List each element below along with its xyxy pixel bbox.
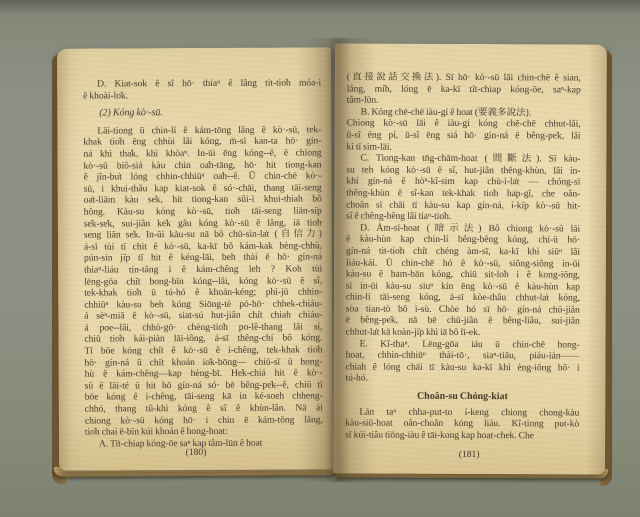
text-line: thêng-khùn ê sî-kan tek-khak tio̍h ha̍p-… xyxy=(346,187,580,200)
text-line: tâm-lūn. xyxy=(347,95,581,108)
text-line: chhó, thang tû-khì kóng ê sî ê khùn-lân.… xyxy=(85,402,323,415)
text-line: Tī bōe kóng chi̍t ê kò·-sū ê í-chêng, te… xyxy=(84,344,322,357)
text-line: tú-hó. xyxy=(345,373,579,386)
text-line: ê jîn-bu̍t lóng chhin-chhiūⁿ oa̍h--ê. Ū … xyxy=(84,170,322,183)
text-line: ū-sî ēng pí, ū-sî ēng siá hō· gín-ná ē b… xyxy=(347,129,581,142)
text-line: thiaⁿ-liáu tín-tāng i ê kám-chêng leh ? … xyxy=(84,263,322,276)
text-line: Lán taⁿ chha-put-to í-keng chiong chong-… xyxy=(345,406,579,419)
text-line: C. Tiong-kan tn̄g-chām-hoat (間斷法). Sī kà… xyxy=(346,153,580,166)
open-book: D. Kiat-sok ê sî hō· thiaⁿ ê lâng tit-ti… xyxy=(52,38,612,490)
text-line: chiah ê lóng chāi tī kàu-su ka-kī khì èn… xyxy=(346,361,580,374)
text-line: kì tī sim-lāi. xyxy=(346,141,580,154)
text-line: chin-lí tāi-seng kóng, á-sī kòe-thâu chh… xyxy=(346,292,580,305)
text-line: kàu-siū-hoat oân-choân kóng liáu. Kî-tio… xyxy=(345,418,579,431)
text-line: khí gín-ná ê hòⁿ-kî-sim kap chù-ì-la̍t —… xyxy=(346,176,580,189)
text-line: kàu-su ê ham-bān kóng, chiū sit-lo̍h i ê… xyxy=(346,269,580,282)
section-heading-kong-ko-su: (2) Kóng kò·-sū. xyxy=(83,107,321,120)
right-page: (直接說話交換法). Sī hō· kò·-sū lāi chin-chē ê … xyxy=(333,43,607,474)
text-line: D. Àm-sī-hoat (暗示法) Bô chiong kò·-sū lāi xyxy=(346,222,580,235)
text-line: sī in-ūi kàu-su siuⁿ kín ēng kò·-sū ê kà… xyxy=(346,280,580,293)
text-line: (直接說話交換法). Sī hō· kò·-sū lāi chin-chē ê … xyxy=(347,71,581,84)
text-line: sî ê chêng-hêng lâi tiaⁿ-tio̍h. xyxy=(346,211,580,224)
right-page-number: (181) xyxy=(333,448,605,460)
text-line: ē bêng-pe̍k, nā bē chū-jiân ê bêng-liâu,… xyxy=(346,315,580,328)
text-line: chhut-la̍t kā koàn-ji̍p khì iā bô lī-ek. xyxy=(346,327,580,340)
text-line: su teh kóng kò·-sū ê sî, hut-jiân thêng-… xyxy=(346,164,580,177)
text-line: choân sī chāi tī kàu-su kap gín-ná, í-ki… xyxy=(346,199,580,212)
text-line: sòa tian-tò bô ì-sù. Chòe hó sī hō· gín-… xyxy=(346,303,580,316)
text-line: tek-khak tio̍h ū tú-hó ê khoán-kéng; phì… xyxy=(84,286,322,299)
left-page-text-column: D. Kiat-sok ê sî hō· thiaⁿ ê lâng tit-ti… xyxy=(83,77,323,450)
text-line: E. Kî-thaⁿ. Lēng-gōa iáu ū chin-chē hong… xyxy=(346,338,580,351)
text-line: liáu-kái. Ū chin-chē hó ê kò·-sū, siông-… xyxy=(346,257,580,270)
left-page-number: (180) xyxy=(59,446,333,458)
text-line: sī kúi-tiâu tiōng-iàu ê tāi-kong kap hoa… xyxy=(345,429,579,442)
text-line: seng liān se̍k. In-ūi kàu-su nā bô chū-s… xyxy=(84,228,322,241)
text-line: B. Kóng chē-chē iàu-gí ê hoat (要義多說法). xyxy=(347,106,581,119)
text-line: ná khì tha̍k, khì khòaⁿ. In-ūi ēng kóng-… xyxy=(83,147,321,160)
text-line: chiong kò·-sū kóng hō· i chin ē kám-tōng… xyxy=(85,414,323,427)
text-line: ê khoài-lo̍k. xyxy=(83,89,321,102)
right-page-text-column: (直接說話交換法). Sī hō· kò·-sū lāi chin-chē ê … xyxy=(345,71,581,441)
text-line: hoat, chhin-chhiūⁿ thài-tō·, siaⁿ-tiāu, … xyxy=(346,350,580,363)
text-line: hù ê kám-chêng—kap hèng-bī. He̍k-chiá hi… xyxy=(85,368,323,381)
section-heading-choan-su-chong-kiat: Choân-su Chóng-kiat xyxy=(345,390,579,403)
photo-background: D. Kiat-sok ê sî hō· thiaⁿ ê lâng tit-ti… xyxy=(0,0,640,517)
text-line: ê kàu-hùn kap chin-lí bêng-bêng kóng, ch… xyxy=(346,234,580,247)
text-line: hông. Kàu-su kóng kò·-sū, tio̍h tāi-seng… xyxy=(84,205,322,218)
text-line: D. Kiat-sok ê sî hō· thiaⁿ ê lâng tit-ti… xyxy=(83,77,321,90)
text-line: gín-ná tit-tio̍h chi̍t chéng àm-sī, ka-k… xyxy=(346,245,580,258)
left-page: D. Kiat-sok ê sî hō· thiaⁿ ê lâng tit-ti… xyxy=(57,47,333,470)
text-line: lâng, mi̍h, lóng ē ka-kī ti̍t-chiap kóng… xyxy=(347,83,581,96)
text-line: Chiong kò·-sū lāi ê iàu-gí kóng chē-chē … xyxy=(347,118,581,131)
